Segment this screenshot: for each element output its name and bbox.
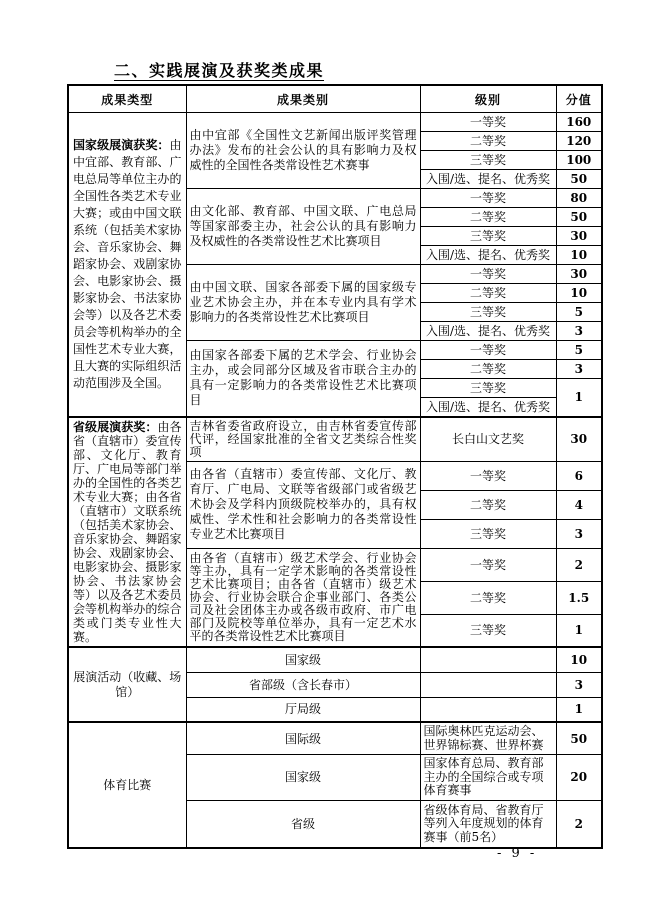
score-cell: 120 [556, 132, 602, 151]
header-achievement-type: 成果类型 [68, 85, 186, 113]
type-cell-provincial: 省级展演获奖：由各省（直辖市）委宣传部、文化厅、教育厅、广电局等部门举办的全国性… [68, 417, 186, 648]
level-cell: 三等奖 [420, 519, 556, 548]
level-cell: 一等奖 [420, 548, 556, 581]
level-cell: 国际奥林匹克运动会、世界锦标赛、世界杯赛 [420, 722, 556, 755]
score-cell: 3 [556, 519, 602, 548]
group-desc-cell: 由文化部、教育部、中国文联、广电总局等国家部委主办，社会公认的具有影响力及权威性… [186, 189, 420, 265]
level-cell: 一等奖 [420, 461, 556, 490]
type-description: 由各省（直辖市）委宣传部、文化厅、教育厅、广电局等部门举办的全国性的各类艺术专业… [73, 420, 182, 644]
score-cell: 4 [556, 490, 602, 519]
header-score: 分值 [556, 85, 602, 113]
score-cell: 160 [556, 113, 602, 132]
type-cell-national: 国家级展演获奖：由中宜部、教育部、广电总局等单位主办的全国性各类艺术专业大赛；或… [68, 113, 186, 417]
type-cell-exhibition: 展演活动（收藏、场馆） [68, 647, 186, 722]
level-cell: 一等奖 [420, 189, 556, 208]
group-desc-cell: 吉林省委省政府设立，由吉林省委宣传部代评，经国家批准的全省文艺类综合性奖项 [186, 417, 420, 462]
score-cell: 10 [556, 647, 602, 672]
level-cell: 二等奖 [420, 360, 556, 379]
score-cell: 50 [556, 208, 602, 227]
score-cell: 80 [556, 189, 602, 208]
score-cell: 30 [556, 227, 602, 246]
score-cell: 6 [556, 461, 602, 490]
level-cell: 一等奖 [420, 113, 556, 132]
category-cell: 国家级 [186, 647, 420, 672]
type-description: 由中宜部、教育部、广电总局等单位主办的全国性各类艺术专业大赛；或由中国文联系统（… [73, 138, 182, 390]
level-cell-empty [420, 672, 556, 697]
type-cell-sports: 体育比赛 [68, 722, 186, 848]
level-cell: 三等奖 [420, 227, 556, 246]
score-cell: 30 [556, 265, 602, 284]
group-desc-cell: 由各省（直辖市）委宣传部、文化厅、教育厅、广电局、文联等省级部门或省级艺术协会及… [186, 461, 420, 548]
group-desc-cell: 由中国文联、国家各部委下属的国家级专业艺术协会主办，并在本专业内具有学术影响力的… [186, 265, 420, 341]
group-desc-cell: 由各省（直辖市）级艺术学会、行业协会等主办，具有一定学术影响的各类常设性艺术比赛… [186, 548, 420, 647]
document-page: 二、实践展演及获奖类成果 成果类型 成果类别 级别 分值 国家级展演获奖：由中宜… [0, 0, 668, 908]
table-header-row: 成果类型 成果类别 级别 分值 [68, 85, 602, 113]
level-cell: 二等奖 [420, 132, 556, 151]
level-cell: 入围/选、提名、优秀奖 [420, 246, 556, 265]
level-cell: 三等奖 [420, 379, 556, 398]
type-label: 国家级展演获奖： [73, 138, 169, 152]
level-cell-empty [420, 647, 556, 672]
page-number: - 9 - [497, 846, 537, 861]
level-cell: 三等奖 [420, 303, 556, 322]
category-cell: 国家级 [186, 755, 420, 801]
level-cell: 入围/选、提名、优秀奖 [420, 170, 556, 189]
score-cell: 5 [556, 303, 602, 322]
score-cell: 10 [556, 284, 602, 303]
awards-table: 成果类型 成果类别 级别 分值 国家级展演获奖：由中宜部、教育部、广电总局等单位… [67, 84, 603, 849]
score-cell: 3 [556, 322, 602, 341]
score-cell: 1.5 [556, 581, 602, 614]
level-cell: 二等奖 [420, 581, 556, 614]
score-cell: 3 [556, 360, 602, 379]
score-cell: 100 [556, 151, 602, 170]
score-cell: 3 [556, 672, 602, 697]
level-cell: 省级体育局、省教育厅等列入年度规划的体育赛事（前5名） [420, 800, 556, 848]
level-cell: 国家体育总局、教育部主办的全国综合或专项体育赛事 [420, 755, 556, 801]
header-achievement-category: 成果类别 [186, 85, 420, 113]
level-cell: 二等奖 [420, 208, 556, 227]
group-desc-cell: 由中宜部《全国性文艺新闻出版评奖管理办法》发布的社会公认的具有影响力及权威性的全… [186, 113, 420, 189]
group-desc-cell: 由国家各部委下属的艺术学会、行业协会主办，或会同部分区域及省市联合主办的具有一定… [186, 341, 420, 417]
score-cell: 2 [556, 548, 602, 581]
level-cell: 二等奖 [420, 284, 556, 303]
level-cell: 入围/选、提名、优秀奖 [420, 398, 556, 417]
score-cell: 1 [556, 614, 602, 647]
level-cell: 一等奖 [420, 265, 556, 284]
category-cell: 省级 [186, 800, 420, 848]
score-cell-merged: 1 [556, 379, 602, 417]
table-row: 省级展演获奖：由各省（直辖市）委宣传部、文化厅、教育厅、广电局等部门举办的全国性… [68, 417, 602, 462]
level-cell: 二等奖 [420, 490, 556, 519]
score-cell: 20 [556, 755, 602, 801]
category-cell: 省部级（含长春市） [186, 672, 420, 697]
level-cell: 三等奖 [420, 151, 556, 170]
level-cell: 三等奖 [420, 614, 556, 647]
category-cell: 国际级 [186, 722, 420, 755]
score-cell: 30 [556, 417, 602, 462]
table-row: 国家级展演获奖：由中宜部、教育部、广电总局等单位主办的全国性各类艺术专业大赛；或… [68, 113, 602, 132]
level-cell: 一等奖 [420, 341, 556, 360]
level-cell-empty [420, 697, 556, 722]
level-cell: 入围/选、提名、优秀奖 [420, 322, 556, 341]
score-cell: 50 [556, 170, 602, 189]
level-cell: 长白山文艺奖 [420, 417, 556, 462]
type-label: 省级展演获奖： [73, 420, 157, 434]
category-cell: 厅局级 [186, 697, 420, 722]
score-cell: 2 [556, 800, 602, 848]
header-level: 级别 [420, 85, 556, 113]
score-cell: 1 [556, 697, 602, 722]
score-cell: 10 [556, 246, 602, 265]
score-cell: 50 [556, 722, 602, 755]
score-cell: 5 [556, 341, 602, 360]
table-row: 体育比赛 国际级 国际奥林匹克运动会、世界锦标赛、世界杯赛 50 [68, 722, 602, 755]
table-row: 展演活动（收藏、场馆） 国家级 10 [68, 647, 602, 672]
page-title: 二、实践展演及获奖类成果 [114, 58, 324, 81]
